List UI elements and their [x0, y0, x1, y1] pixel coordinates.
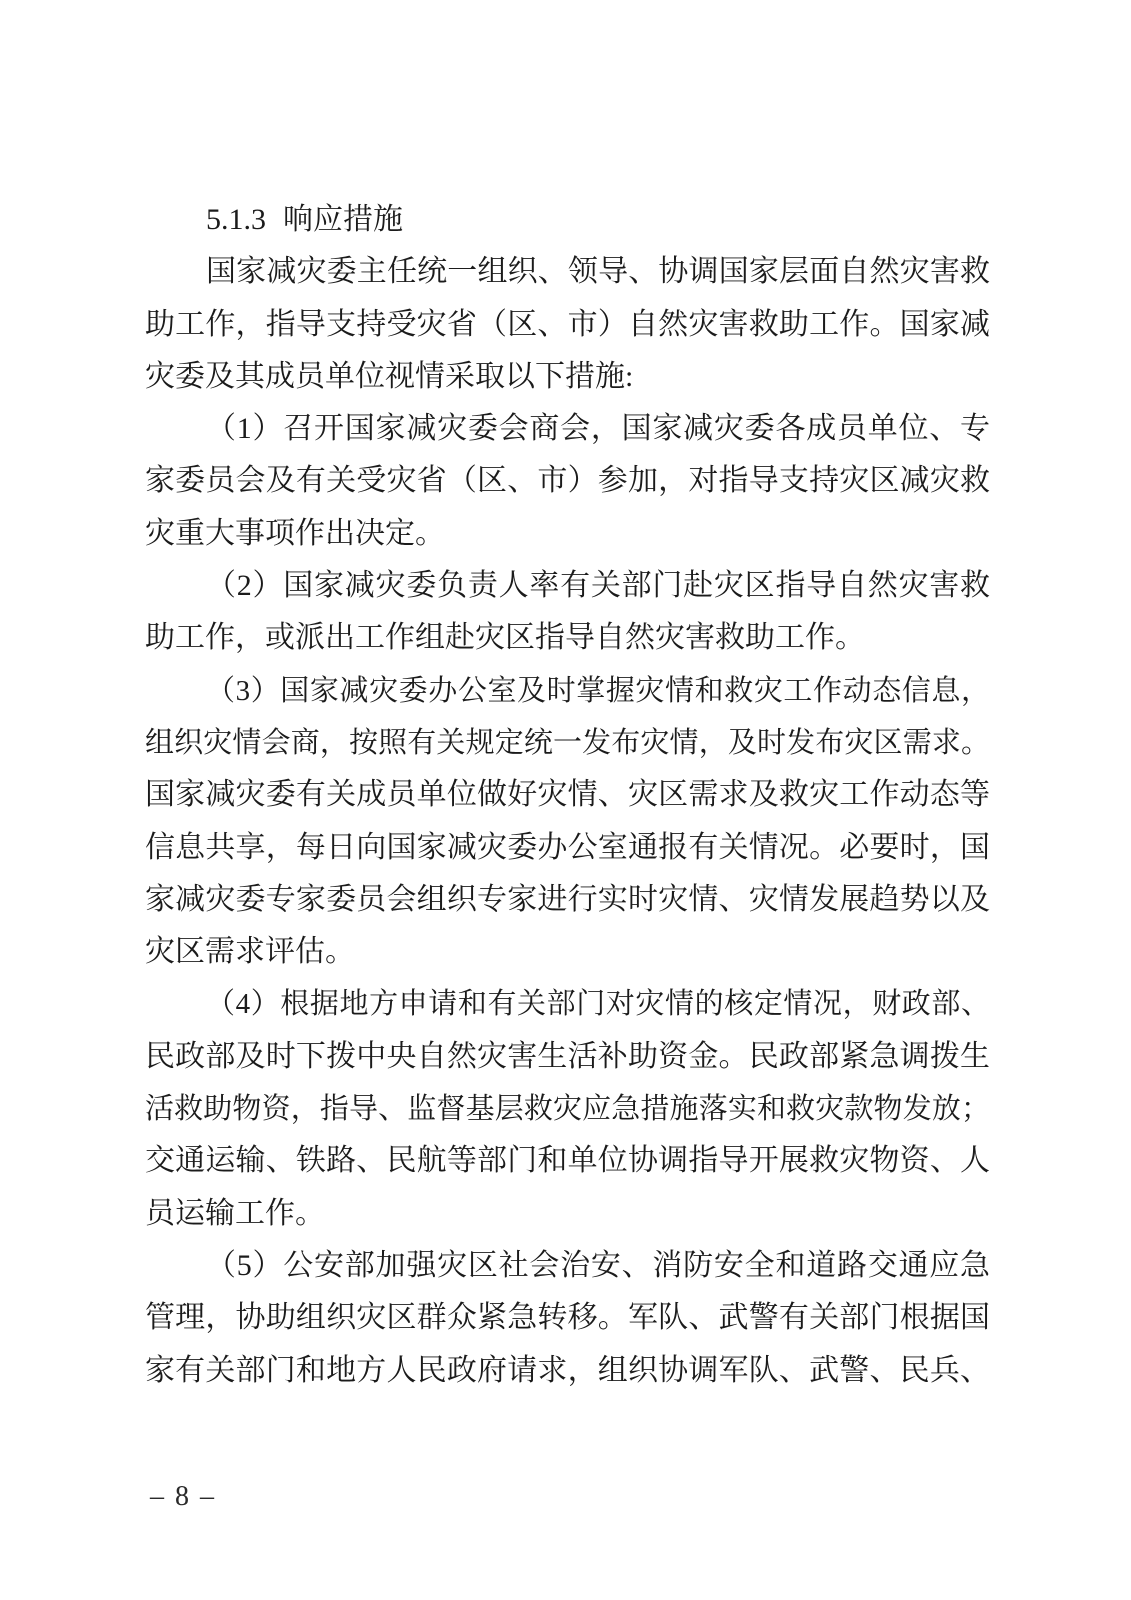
text-line: 国家减灾委有关成员单位做好灾情、灾区需求及救灾工作动态等 — [145, 769, 990, 821]
document-text-block: 5.1.3响应措施 国家减灾委主任统一组织、领导、协调国家层面自然灾害救 助工作… — [145, 194, 990, 1397]
page-number: – 8 – — [150, 1482, 216, 1512]
text-line: 助工作，或派出工作组赴灾区指导自然灾害救助工作。 — [145, 612, 990, 664]
text-line: （5）公安部加强灾区社会治安、消防安全和道路交通应急 — [145, 1240, 990, 1292]
text-line: （4）根据地方申请和有关部门对灾情的核定情况，财政部、 — [145, 978, 990, 1030]
section-heading-title: 响应措施 — [283, 203, 403, 236]
text-line: 灾区需求评估。 — [145, 926, 990, 978]
text-line: 活救助物资，指导、监督基层救灾应急措施落实和救灾款物发放； — [145, 1083, 990, 1135]
text-line: 民政部及时下拨中央自然灾害生活补助资金。民政部紧急调拨生 — [145, 1031, 990, 1083]
text-line: 助工作，指导支持受灾省（区、市）自然灾害救助工作。国家减 — [145, 299, 990, 351]
text-line: 管理，协助组织灾区群众紧急转移。军队、武警有关部门根据国 — [145, 1292, 990, 1344]
text-line: 交通运输、铁路、民航等部门和单位协调指导开展救灾物资、人 — [145, 1135, 990, 1187]
text-line: 灾委及其成员单位视情采取以下措施: — [145, 351, 990, 403]
section-heading-number: 5.1.3 — [206, 203, 266, 236]
text-line: （2）国家减灾委负责人率有关部门赴灾区指导自然灾害救 — [145, 560, 990, 612]
text-line: 家委员会及有关受灾省（区、市）参加，对指导支持灾区减灾救 — [145, 455, 990, 507]
text-line: 家有关部门和地方人民政府请求，组织协调军队、武警、民兵、 — [145, 1345, 990, 1397]
text-line: 灾重大事项作出决定。 — [145, 508, 990, 560]
section-heading: 5.1.3响应措施 — [145, 194, 990, 246]
text-line: 国家减灾委主任统一组织、领导、协调国家层面自然灾害救 — [145, 246, 990, 298]
text-line: 员运输工作。 — [145, 1188, 990, 1240]
document-page: 5.1.3响应措施 国家减灾委主任统一组织、领导、协调国家层面自然灾害救 助工作… — [0, 0, 1131, 1600]
text-line: 组织灾情会商，按照有关规定统一发布灾情，及时发布灾区需求。 — [145, 717, 990, 769]
text-line: （3）国家减灾委办公室及时掌握灾情和救灾工作动态信息， — [145, 665, 990, 717]
text-line: 信息共享，每日向国家减灾委办公室通报有关情况。必要时，国 — [145, 822, 990, 874]
text-line: 家减灾委专家委员会组织专家进行实时灾情、灾情发展趋势以及 — [145, 874, 990, 926]
text-line: （1）召开国家减灾委会商会，国家减灾委各成员单位、专 — [145, 403, 990, 455]
